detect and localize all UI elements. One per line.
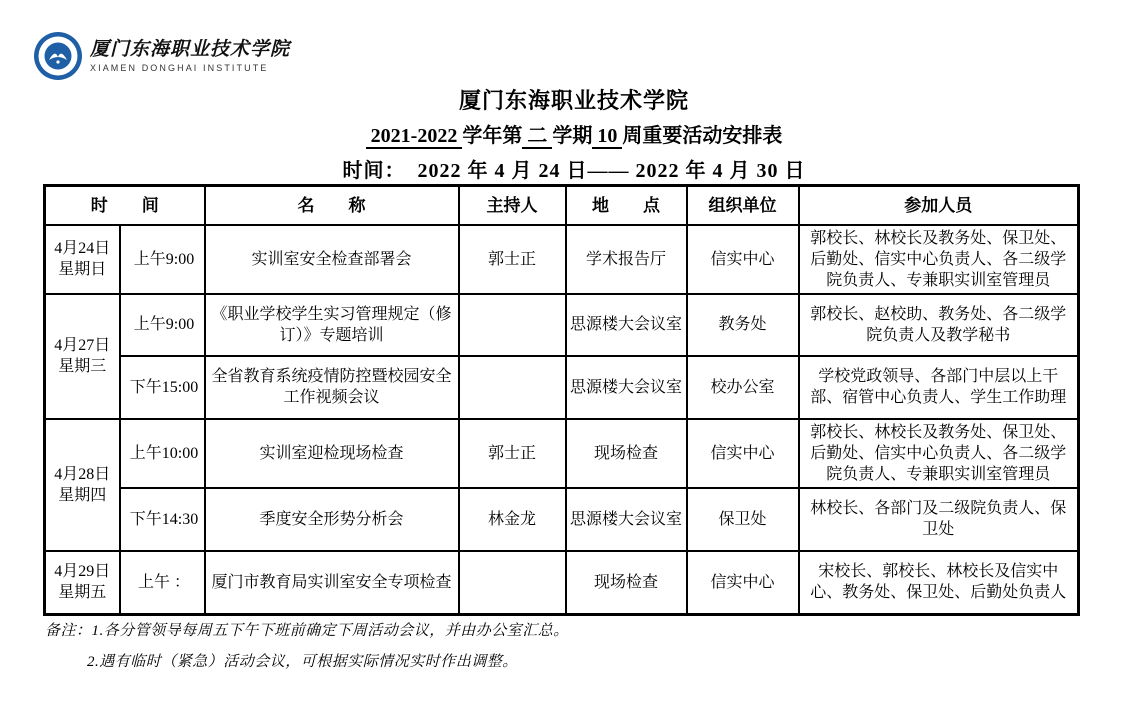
table-row: 4月27日 星期三 上午9:00 《职业学校学生实习管理规定（修订）》专题培训 … xyxy=(45,294,1079,356)
organizer-cell: 信实中心 xyxy=(687,225,799,294)
participants-cell: 郭校长、林校长及教务处、保卫处、后勤处、信实中心负责人、各二级学院负责人、专兼职… xyxy=(799,225,1079,294)
header-name: 名 称 xyxy=(205,186,459,225)
host-cell xyxy=(459,551,566,615)
time-cell: 上午 ： xyxy=(120,551,205,615)
subtitle-text: 周重要活动安排表 xyxy=(622,125,782,147)
header-time: 时 间 xyxy=(45,186,205,225)
remarks-section: 备注：1.各分管领导每周五下午下班前确定下周活动会议，并由办公室汇总。 2.遇有… xyxy=(45,619,569,671)
time-cell: 下午15:00 xyxy=(120,356,205,419)
remark-line-2: 2.遇有临时（紧急）活动会议，可根据实际情况实时作出调整。 xyxy=(87,650,569,671)
subtitle-week-underlined: 10 xyxy=(592,125,622,149)
location-cell: 现场检查 xyxy=(566,551,687,615)
date-cell: 4月24日 星期日 xyxy=(45,225,120,294)
institute-logo: 厦门东海职业技术学院 XIAMEN DONGHAI INSTITUTE xyxy=(33,31,290,81)
header-organizer: 组织单位 xyxy=(687,186,799,225)
activity-name-cell: 实训室安全检查部署会 xyxy=(205,225,459,294)
table-row: 4月24日 星期日 上午9:00 实训室安全检查部署会 郭士正 学术报告厅 信实… xyxy=(45,225,1079,294)
activity-name-cell: 实训室迎检现场检查 xyxy=(205,419,459,488)
host-cell xyxy=(459,356,566,419)
participants-cell: 宋校长、郭校长、林校长及信实中心、教务处、保卫处、后勤处负责人 xyxy=(799,551,1079,615)
host-cell: 林金龙 xyxy=(459,488,566,551)
table-header-row: 时 间 名 称 主持人 地 点 组织单位 参加人员 xyxy=(45,186,1079,225)
page-title: 厦门东海职业技术学院 xyxy=(0,84,1148,115)
organizer-cell: 信实中心 xyxy=(687,551,799,615)
location-cell: 思源楼大会议室 xyxy=(566,356,687,419)
header-host: 主持人 xyxy=(459,186,566,225)
page-subtitle: 2021-2022 学年第 二 学期 10 周重要活动安排表 xyxy=(0,119,1148,148)
schedule-table: 时 间 名 称 主持人 地 点 组织单位 参加人员 4月24日 星期日 上午9:… xyxy=(43,184,1080,616)
location-cell: 思源楼大会议室 xyxy=(566,294,687,356)
host-cell xyxy=(459,294,566,356)
organizer-cell: 教务处 xyxy=(687,294,799,356)
host-cell: 郭士正 xyxy=(459,225,566,294)
time-cell: 上午10:00 xyxy=(120,419,205,488)
subtitle-term-underlined: 二 xyxy=(522,125,552,149)
activity-name-cell: 全省教育系统疫情防控暨校园安全工作视频会议 xyxy=(205,356,459,419)
institute-logo-icon xyxy=(33,31,83,81)
date-range-line: 时间： 2022 年 4 月 24 日—— 2022 年 4 月 30 日 xyxy=(0,154,1148,183)
organizer-cell: 信实中心 xyxy=(687,419,799,488)
time-cell: 上午9:00 xyxy=(120,294,205,356)
participants-cell: 学校党政领导、各部门中层以上干部、宿管中心负责人、学生工作助理 xyxy=(799,356,1079,419)
subtitle-year-underlined: 2021-2022 xyxy=(366,125,463,149)
date-cell: 4月28日 星期四 xyxy=(45,419,120,551)
time-cell: 上午9:00 xyxy=(120,225,205,294)
subtitle-text: 学期 xyxy=(552,125,592,147)
location-cell: 现场检查 xyxy=(566,419,687,488)
institute-logo-cn-name: 厦门东海职业技术学院 xyxy=(90,38,290,62)
participants-cell: 郭校长、赵校助、教务处、各二级学院负责人及教学秘书 xyxy=(799,294,1079,356)
date-cell: 4月29日 星期五 xyxy=(45,551,120,615)
table-row: 4月28日 星期四 上午10:00 实训室迎检现场检查 郭士正 现场检查 信实中… xyxy=(45,419,1079,488)
host-cell: 郭士正 xyxy=(459,419,566,488)
participants-cell: 林校长、各部门及二级院负责人、保卫处 xyxy=(799,488,1079,551)
table-row: 下午14:30 季度安全形势分析会 林金龙 思源楼大会议室 保卫处 林校长、各部… xyxy=(45,488,1079,551)
institute-logo-en-name: XIAMEN DONGHAI INSTITUTE xyxy=(90,62,290,74)
remark-line-1: 备注：1.各分管领导每周五下午下班前确定下周活动会议，并由办公室汇总。 xyxy=(45,619,569,640)
header-location: 地 点 xyxy=(566,186,687,225)
activity-name-cell: 《职业学校学生实习管理规定（修订）》专题培训 xyxy=(205,294,459,356)
participants-cell: 郭校长、林校长及教务处、保卫处、后勤处、信实中心负责人、各二级学院负责人、专兼职… xyxy=(799,419,1079,488)
header-participants: 参加人员 xyxy=(799,186,1079,225)
organizer-cell: 校办公室 xyxy=(687,356,799,419)
table-row: 下午15:00 全省教育系统疫情防控暨校园安全工作视频会议 思源楼大会议室 校办… xyxy=(45,356,1079,419)
subtitle-text: 学年第 xyxy=(462,125,522,147)
location-cell: 思源楼大会议室 xyxy=(566,488,687,551)
activity-name-cell: 季度安全形势分析会 xyxy=(205,488,459,551)
date-cell: 4月27日 星期三 xyxy=(45,294,120,419)
table-row: 4月29日 星期五 上午 ： 厦门市教育局实训室安全专项检查 现场检查 信实中心… xyxy=(45,551,1079,615)
activity-name-cell: 厦门市教育局实训室安全专项检查 xyxy=(205,551,459,615)
location-cell: 学术报告厅 xyxy=(566,225,687,294)
organizer-cell: 保卫处 xyxy=(687,488,799,551)
time-cell: 下午14:30 xyxy=(120,488,205,551)
